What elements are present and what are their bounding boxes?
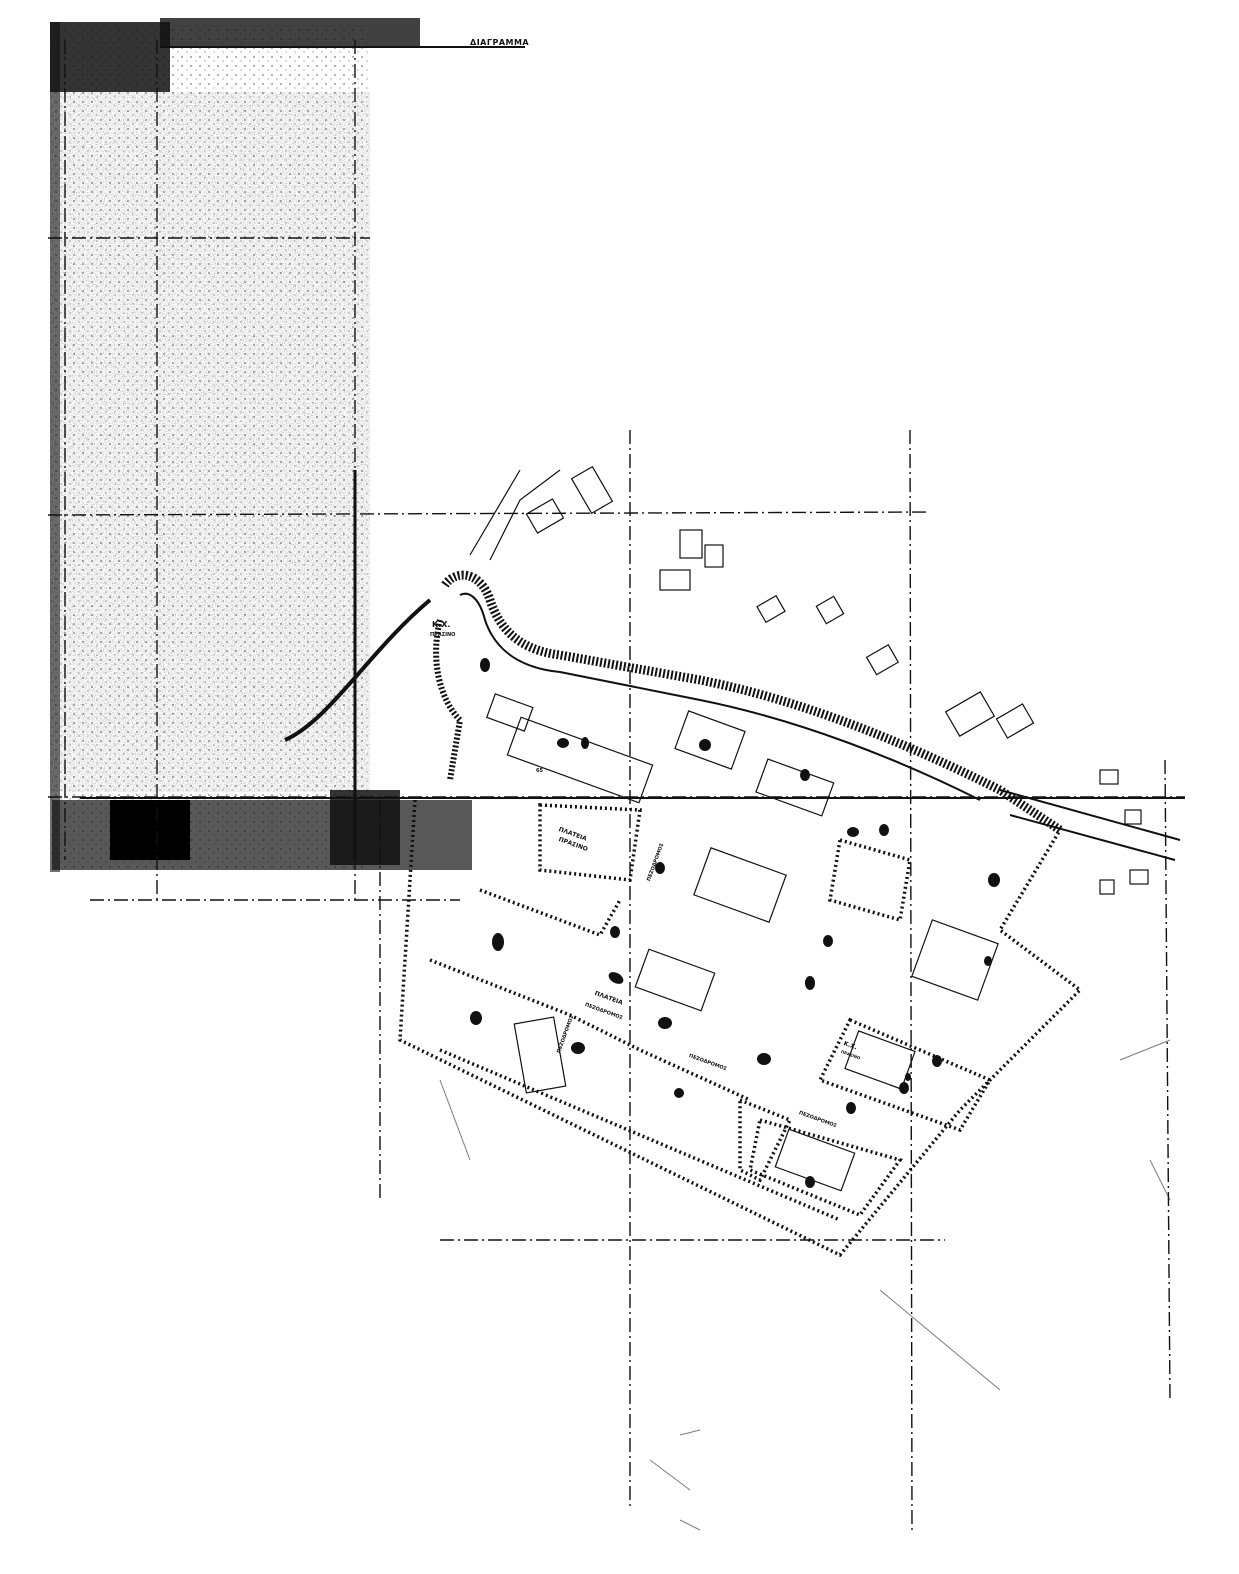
building-blocks bbox=[487, 467, 1148, 1191]
planning-boundary bbox=[400, 800, 1080, 1255]
map-title: ΔΙΑΓΡΑΜΜΑ bbox=[470, 38, 529, 47]
left-map-sheet bbox=[50, 18, 472, 872]
label-kx-green-top: Κ.Χ. bbox=[432, 620, 450, 629]
block-number-label: 65 bbox=[536, 768, 543, 774]
label-kx-green-top-sub: ΠΡΑΣΙΝΟ bbox=[430, 632, 455, 638]
tree-markers bbox=[470, 658, 1000, 1188]
town-plan-map bbox=[0, 0, 1239, 1574]
